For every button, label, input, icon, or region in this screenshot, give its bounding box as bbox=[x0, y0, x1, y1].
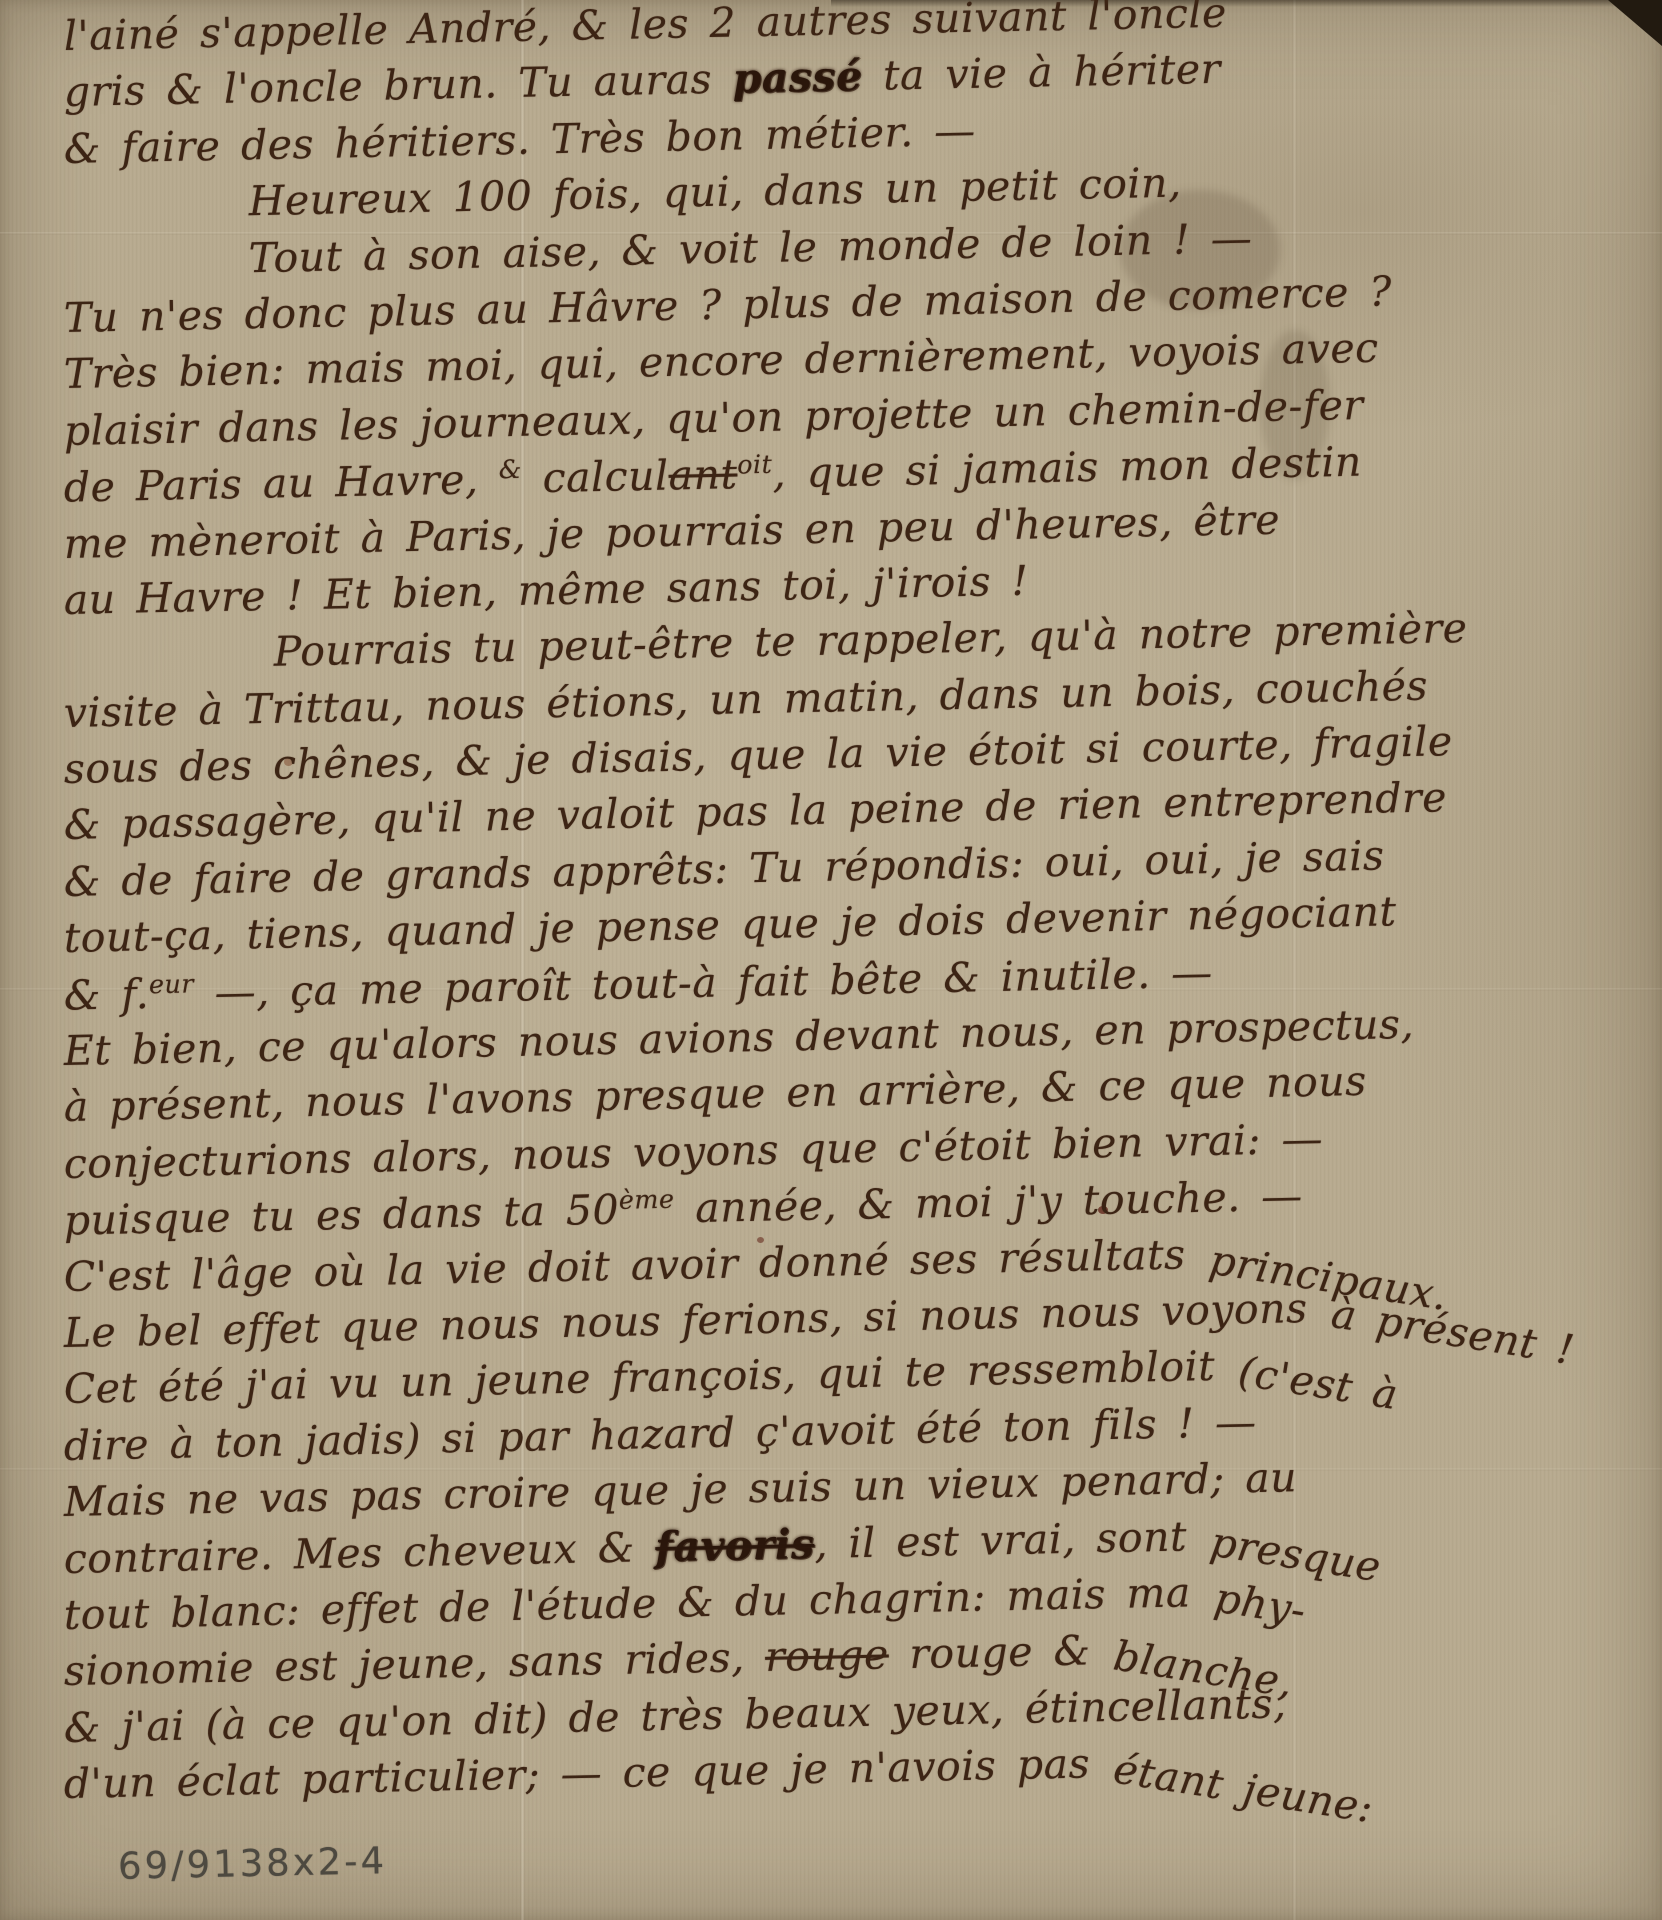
letter-text-segment: eur bbox=[149, 968, 195, 999]
letter-text-segment: rouge & bbox=[888, 1626, 1111, 1678]
letter-text-segment: ème bbox=[619, 1184, 675, 1215]
letter-text-segment: calcul bbox=[522, 452, 669, 503]
letter-text-segment: étant jeune: bbox=[1110, 1745, 1376, 1833]
letter-text-segment: , il est vrai, sont bbox=[814, 1512, 1208, 1568]
letter-text-segment: puisque tu es dans ta 50 bbox=[63, 1186, 619, 1245]
letter-text-segment: favoris bbox=[655, 1519, 815, 1570]
letter-text-segment: ant bbox=[668, 450, 738, 499]
letter-text-segment: & f. bbox=[63, 970, 149, 1020]
letter-text-segment: passé bbox=[732, 52, 863, 103]
letter-text-segment: & bbox=[498, 454, 522, 484]
letter-text-segment: de Paris au Havre, bbox=[63, 455, 499, 512]
letter-text-segment: , que si jamais mon destin bbox=[772, 438, 1362, 498]
letter-text-segment: année, & moi j'y touche. — bbox=[674, 1172, 1303, 1233]
archival-number: 69/9138x2-4 bbox=[118, 1839, 388, 1888]
letter-body: l'ainé s'appelle André, & les 2 autres s… bbox=[64, 12, 1630, 1817]
letter-text-segment: oit bbox=[737, 449, 773, 480]
letter-page: l'ainé s'appelle André, & les 2 autres s… bbox=[0, 0, 1662, 1920]
letter-text-segment: ta vie à hériter bbox=[862, 45, 1221, 100]
letter-text-segment: rouge bbox=[765, 1631, 890, 1681]
